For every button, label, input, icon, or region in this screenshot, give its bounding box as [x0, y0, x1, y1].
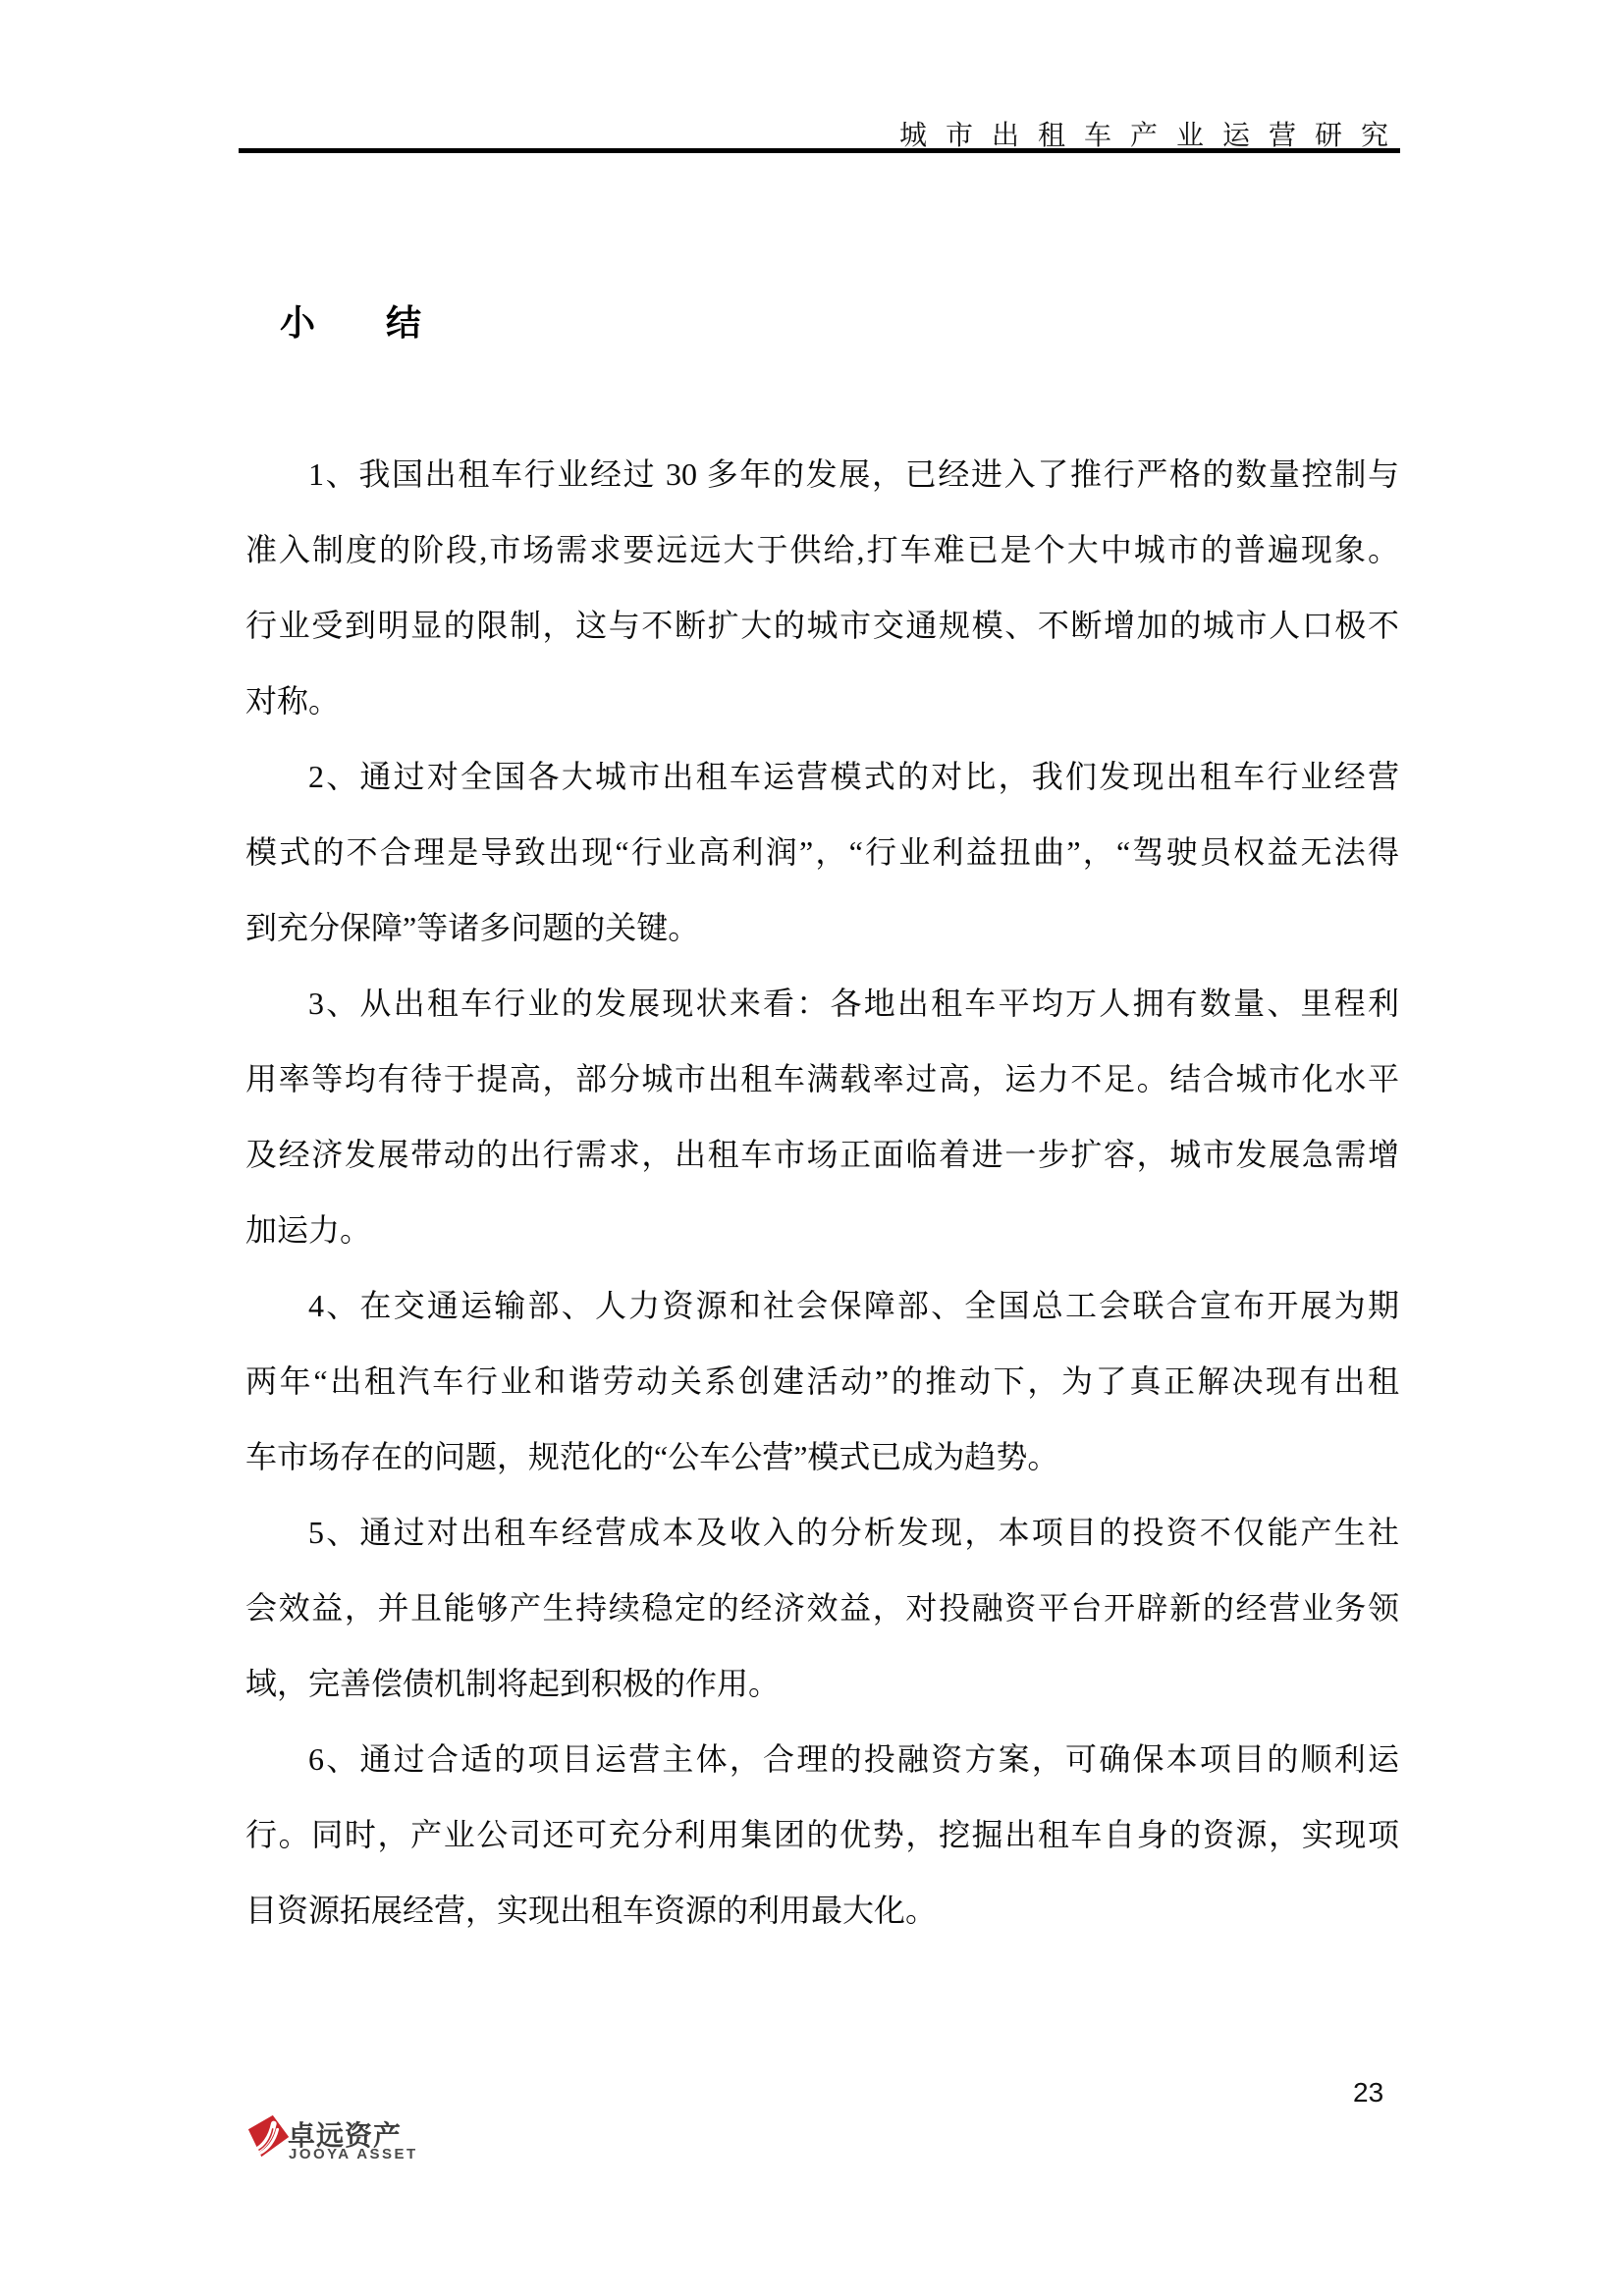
paragraph-line: 6、通过合适的项目运营主体，合理的投融资方案，可确保本项目的顺利运: [245, 1722, 1399, 1797]
running-header-title: 城市出租车产业运营研究: [899, 114, 1407, 153]
paragraph-line: 车市场存在的问题，规范化的“公车公营”模式已成为趋势。: [245, 1419, 1399, 1495]
jooya-logo-icon: [245, 2112, 293, 2160]
paragraph-line: 2、通过对全国各大城市出租车运营模式的对比，我们发现出租车行业经营: [245, 739, 1399, 815]
paragraph-line: 到充分保障”等诸多问题的关键。: [245, 890, 1399, 966]
paragraph-line: 及经济发展带动的出行需求，出租车市场正面临着进一步扩容，城市发展急需增: [245, 1117, 1399, 1193]
paragraph-line: 会效益，并且能够产生持续稳定的经济效益，对投融资平台开辟新的经营业务领: [245, 1571, 1399, 1646]
paragraph-line: 5、通过对出租车经营成本及收入的分析发现，本项目的投资不仅能产生社: [245, 1495, 1399, 1571]
paragraph-line: 模式的不合理是导致出现“行业高利润”，“行业利益扭曲”，“驾驶员权益无法得: [245, 815, 1399, 890]
paragraph-3: 3、从出租车行业的发展现状来看：各地出租车平均万人拥有数量、里程利 用率等均有待…: [245, 966, 1399, 1268]
page-number: 23: [1353, 2077, 1383, 2109]
paragraph-line: 准入制度的阶段,市场需求要远远大于供给,打车难已是个大中城市的普遍现象。: [245, 512, 1399, 588]
paragraph-line: 两年“出租汽车行业和谐劳动关系创建活动”的推动下，为了真正解决现有出租: [245, 1344, 1399, 1419]
paragraph-line: 目资源拓展经营，实现出租车资源的利用最大化。: [245, 1873, 1399, 1949]
paragraph-line: 行。同时，产业公司还可充分利用集团的优势，挖掘出租车自身的资源，实现项: [245, 1797, 1399, 1873]
paragraph-2: 2、通过对全国各大城市出租车运营模式的对比，我们发现出租车行业经营 模式的不合理…: [245, 739, 1399, 966]
paragraph-6: 6、通过合适的项目运营主体，合理的投融资方案，可确保本项目的顺利运 行。同时，产…: [245, 1722, 1399, 1949]
section-title: 小 结: [280, 295, 421, 346]
logo: 卓远资产 JOOYA ASSET: [245, 2109, 481, 2169]
header-rule: [239, 148, 1400, 153]
paragraph-line: 加运力。: [245, 1193, 1399, 1268]
body-text: 1、我国出租车行业经过 30 多年的发展，已经进入了推行严格的数量控制与 准入制…: [245, 437, 1399, 1949]
paragraph-line: 3、从出租车行业的发展现状来看：各地出租车平均万人拥有数量、里程利: [245, 966, 1399, 1041]
paragraph-line: 4、在交通运输部、人力资源和社会保障部、全国总工会联合宣布开展为期: [245, 1268, 1399, 1344]
document-page: 城市出租车产业运营研究 小 结 1、我国出租车行业经过 30 多年的发展，已经进…: [0, 0, 1624, 2296]
paragraph-1: 1、我国出租车行业经过 30 多年的发展，已经进入了推行严格的数量控制与 准入制…: [245, 437, 1399, 739]
paragraph-line: 域，完善偿债机制将起到积极的作用。: [245, 1646, 1399, 1722]
paragraph-line: 行业受到明显的限制，这与不断扩大的城市交通规模、不断增加的城市人口极不: [245, 588, 1399, 664]
paragraph-line: 用率等均有待于提高，部分城市出租车满载率过高，运力不足。结合城市化水平: [245, 1041, 1399, 1117]
paragraph-line: 1、我国出租车行业经过 30 多年的发展，已经进入了推行严格的数量控制与: [245, 437, 1399, 512]
logo-company-name-en: JOOYA ASSET: [289, 2146, 418, 2163]
paragraph-5: 5、通过对出租车经营成本及收入的分析发现，本项目的投资不仅能产生社 会效益，并且…: [245, 1495, 1399, 1722]
paragraph-line: 对称。: [245, 664, 1399, 739]
paragraph-4: 4、在交通运输部、人力资源和社会保障部、全国总工会联合宣布开展为期 两年“出租汽…: [245, 1268, 1399, 1495]
